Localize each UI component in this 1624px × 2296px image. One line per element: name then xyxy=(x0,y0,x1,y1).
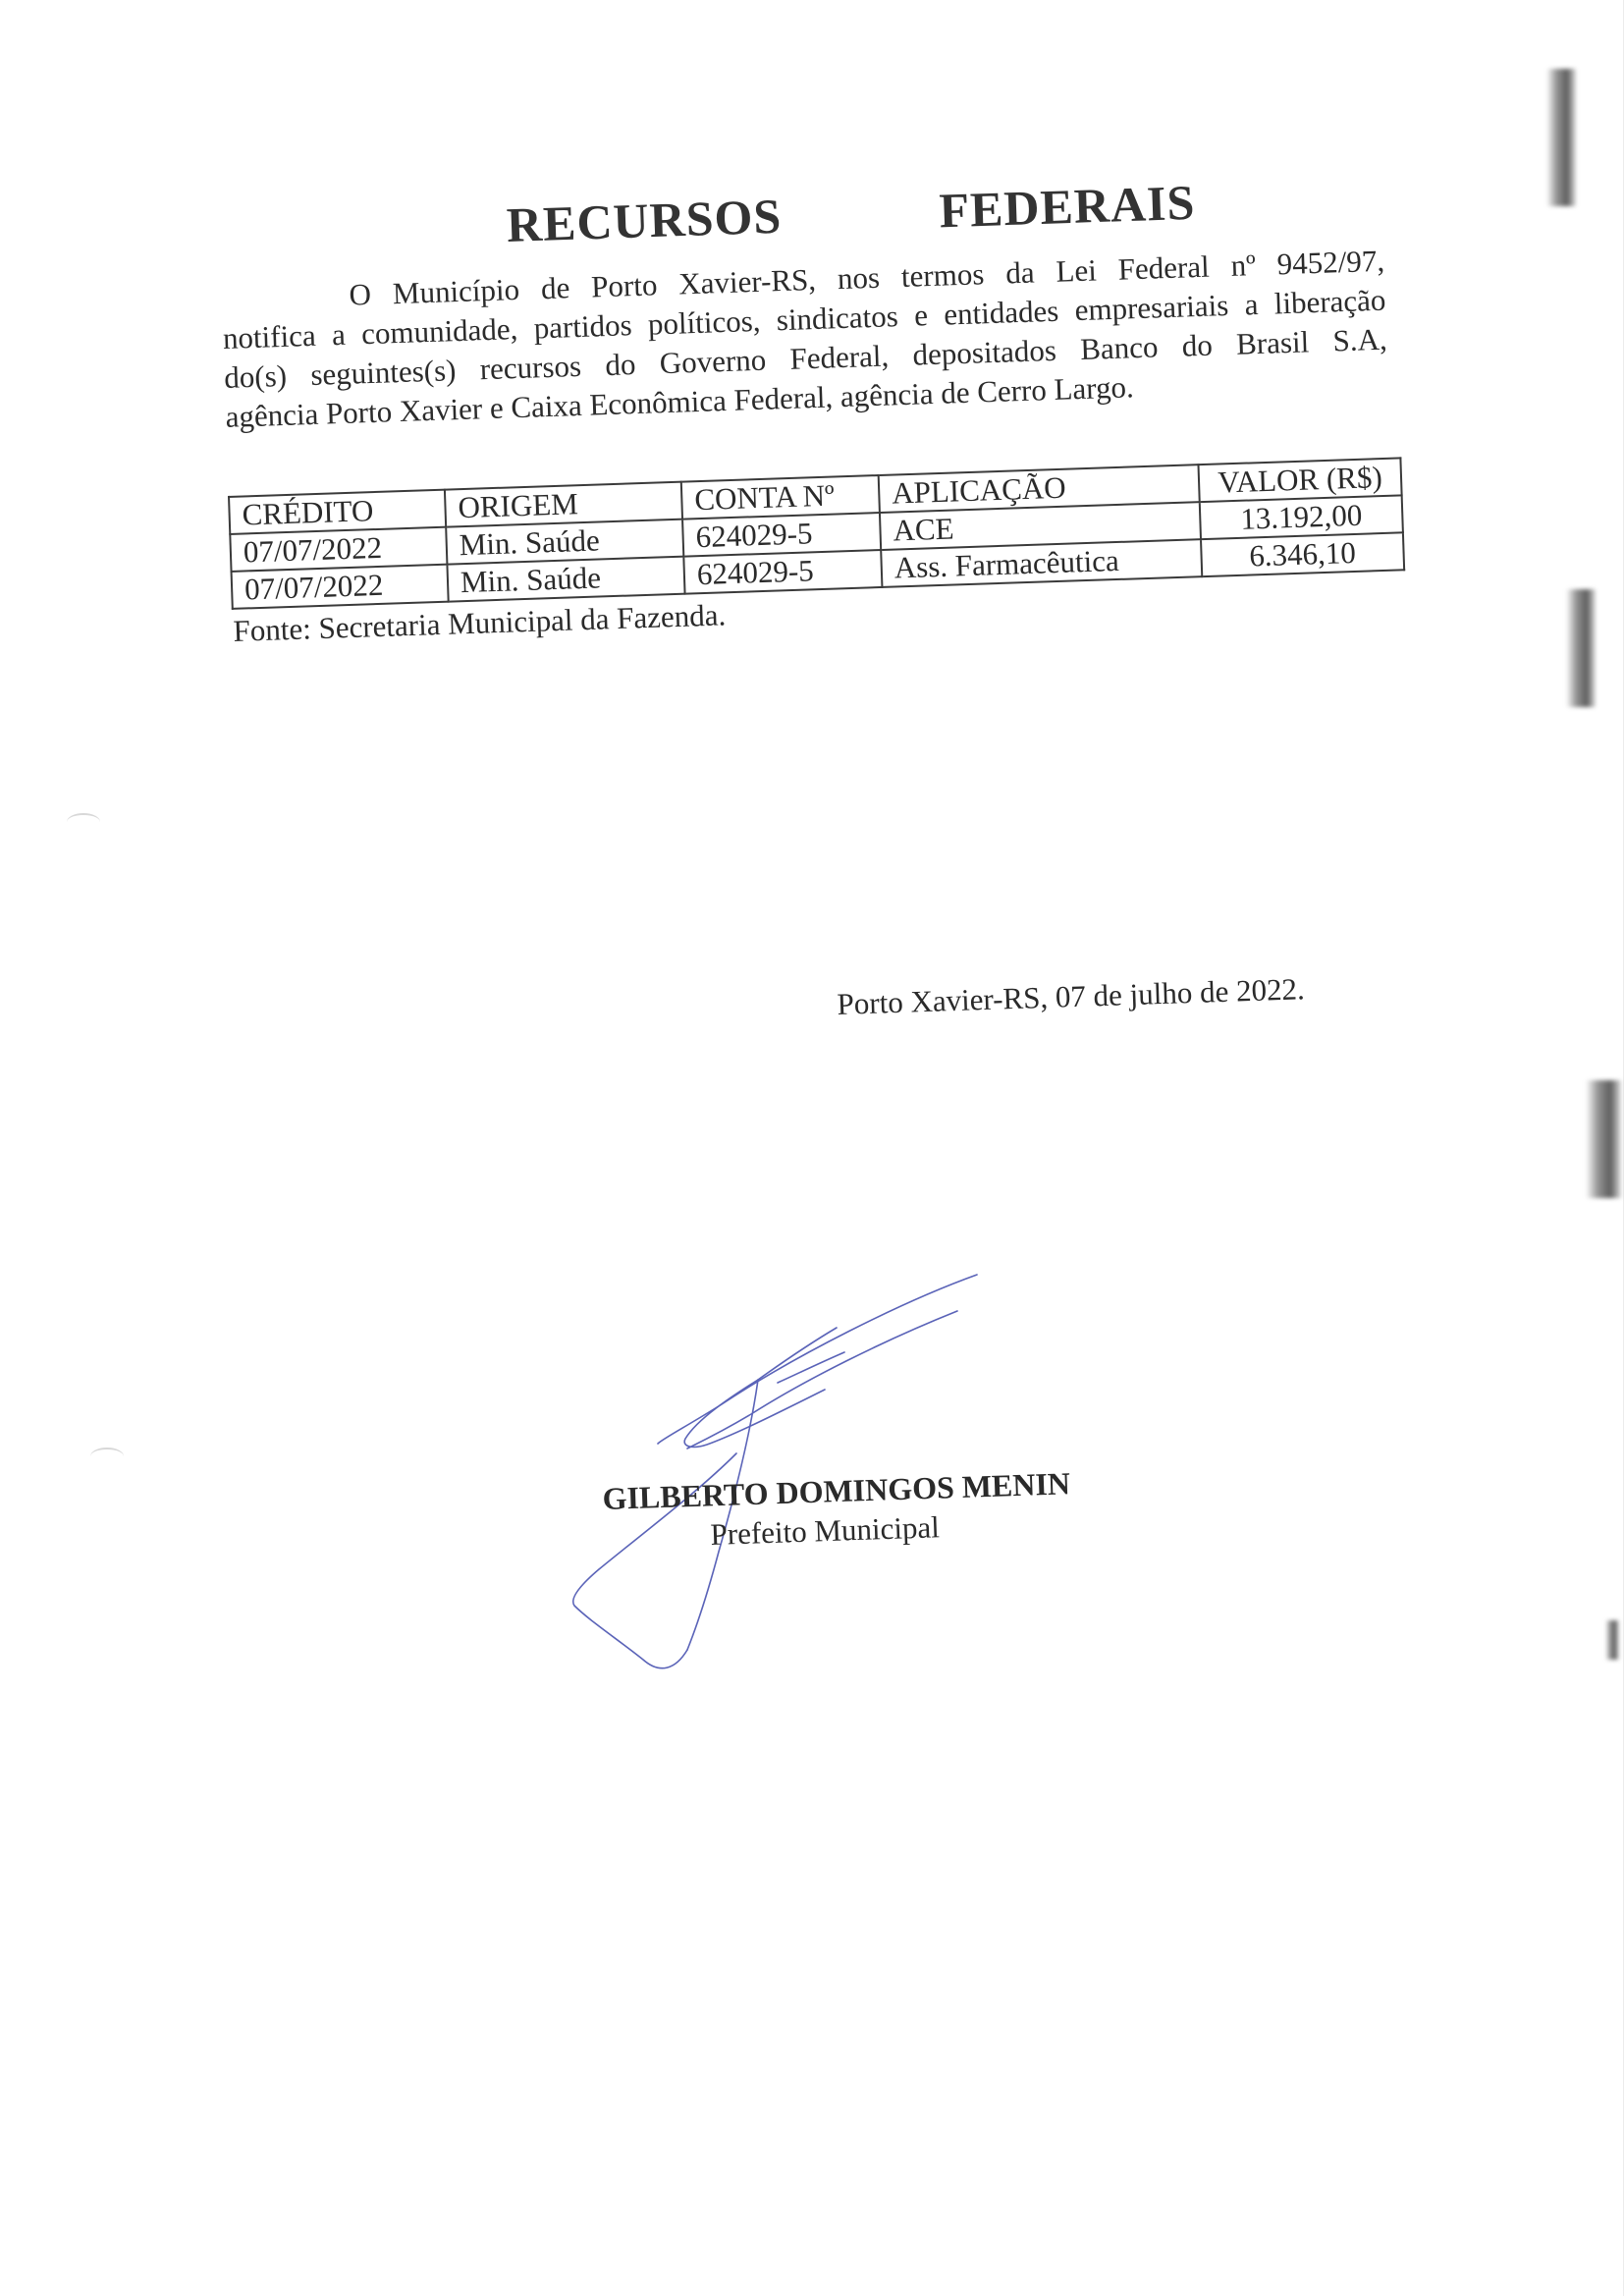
scan-smudge-top xyxy=(1546,69,1576,206)
title-word-2: FEDERAIS xyxy=(939,175,1197,239)
scanned-document-page: RECURSOS FEDERAIS O Município de Porto X… xyxy=(0,0,1624,2296)
cell-credito: 07/07/2022 xyxy=(232,565,449,609)
place-date: Porto Xavier-RS, 07 de julho de 2022. xyxy=(837,971,1305,1022)
notice-paragraph: O Município de Porto Xavier-RS, nos term… xyxy=(221,242,1389,437)
title-word-1: RECURSOS xyxy=(506,189,783,252)
resources-table-container: CRÉDITO ORIGEM CONTA Nº APLICAÇÃO VALOR … xyxy=(228,457,1405,610)
scan-smudge-bottom xyxy=(1605,1620,1619,1660)
cell-origem: Min. Saúde xyxy=(447,557,684,602)
cell-conta: 624029-5 xyxy=(682,513,881,557)
document-title: RECURSOS FEDERAIS xyxy=(506,174,1196,253)
punch-hole-mark-upper xyxy=(67,813,100,831)
resources-table: CRÉDITO ORIGEM CONTA Nº APLICAÇÃO VALOR … xyxy=(228,457,1405,610)
scan-smudge-upper-middle xyxy=(1566,589,1596,707)
cell-conta: 624029-5 xyxy=(683,550,882,594)
scan-smudge-lower-middle xyxy=(1586,1080,1621,1198)
header-conta: CONTA Nº xyxy=(681,475,880,519)
punch-hole-mark-lower xyxy=(90,1448,124,1465)
cell-valor: 6.346,10 xyxy=(1201,532,1404,576)
